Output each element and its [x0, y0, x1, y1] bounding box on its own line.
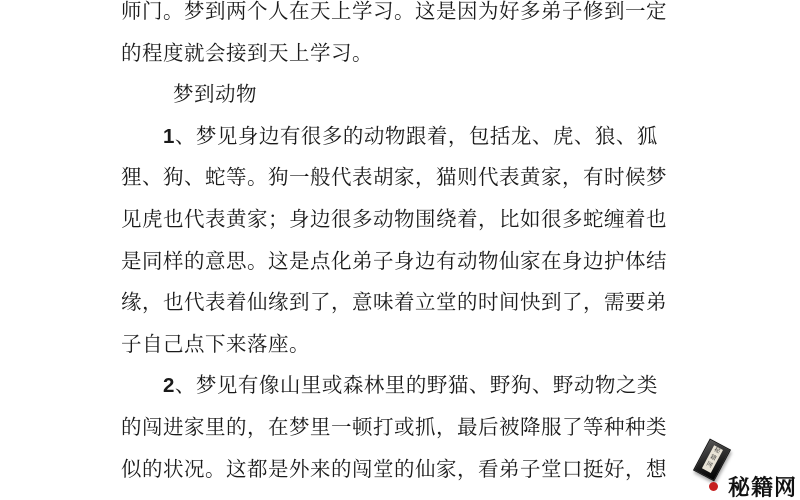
paragraph-line: 见虎也代表黄家；身边很多动物围绕着，比如很多蛇缠着也	[121, 199, 701, 241]
paragraph-line: 子自己点下来落座。	[121, 324, 701, 366]
watermark-logo: 秘籍网 秘籍网	[690, 438, 800, 500]
paragraph-line: 似的状况。这都是外来的闯堂的仙家，看弟子堂口挺好，想	[121, 449, 701, 491]
book-icon: 秘籍网	[693, 438, 731, 481]
section-heading: 梦到动物	[121, 74, 701, 116]
paragraph-line: 狸、狗、蛇等。狗一般代表胡家，猫则代表黄家，有时候梦	[121, 157, 701, 199]
paragraph-line: 师门。梦到两个人在天上学习。这是因为好多弟子修到一定	[121, 0, 701, 33]
paragraph-line: 是同样的意思。这是点化弟子身边有动物仙家在身边护体结	[121, 241, 701, 283]
seal-icon	[709, 482, 718, 491]
paragraph-line: 的程度就会接到天上学习。	[121, 33, 701, 75]
book-label: 秘籍网	[702, 445, 723, 473]
item-text: 、梦见有像山里或森林里的野猫、野狗、野动物之类	[175, 373, 658, 397]
item-number: 2	[163, 374, 175, 397]
list-item-1-first-line: 1、梦见身边有很多的动物跟着，包括龙、虎、狼、狐	[121, 116, 701, 158]
item-text: 、梦见身边有很多的动物跟着，包括龙、虎、狼、狐	[175, 124, 658, 148]
item-number: 1	[163, 125, 175, 148]
list-item-2-first-line: 2、梦见有像山里或森林里的野猫、野狗、野动物之类	[121, 365, 701, 407]
paragraph-line: 缘，也代表着仙缘到了，意味着立堂的时间快到了，需要弟	[121, 282, 701, 324]
watermark-text: 秘籍网	[728, 471, 797, 500]
document-page: 师门。梦到两个人在天上学习。这是因为好多弟子修到一定 的程度就会接到天上学习。 …	[121, 0, 701, 490]
paragraph-line: 的闯进家里的，在梦里一顿打或抓，最后被降服了等种种类	[121, 407, 701, 449]
